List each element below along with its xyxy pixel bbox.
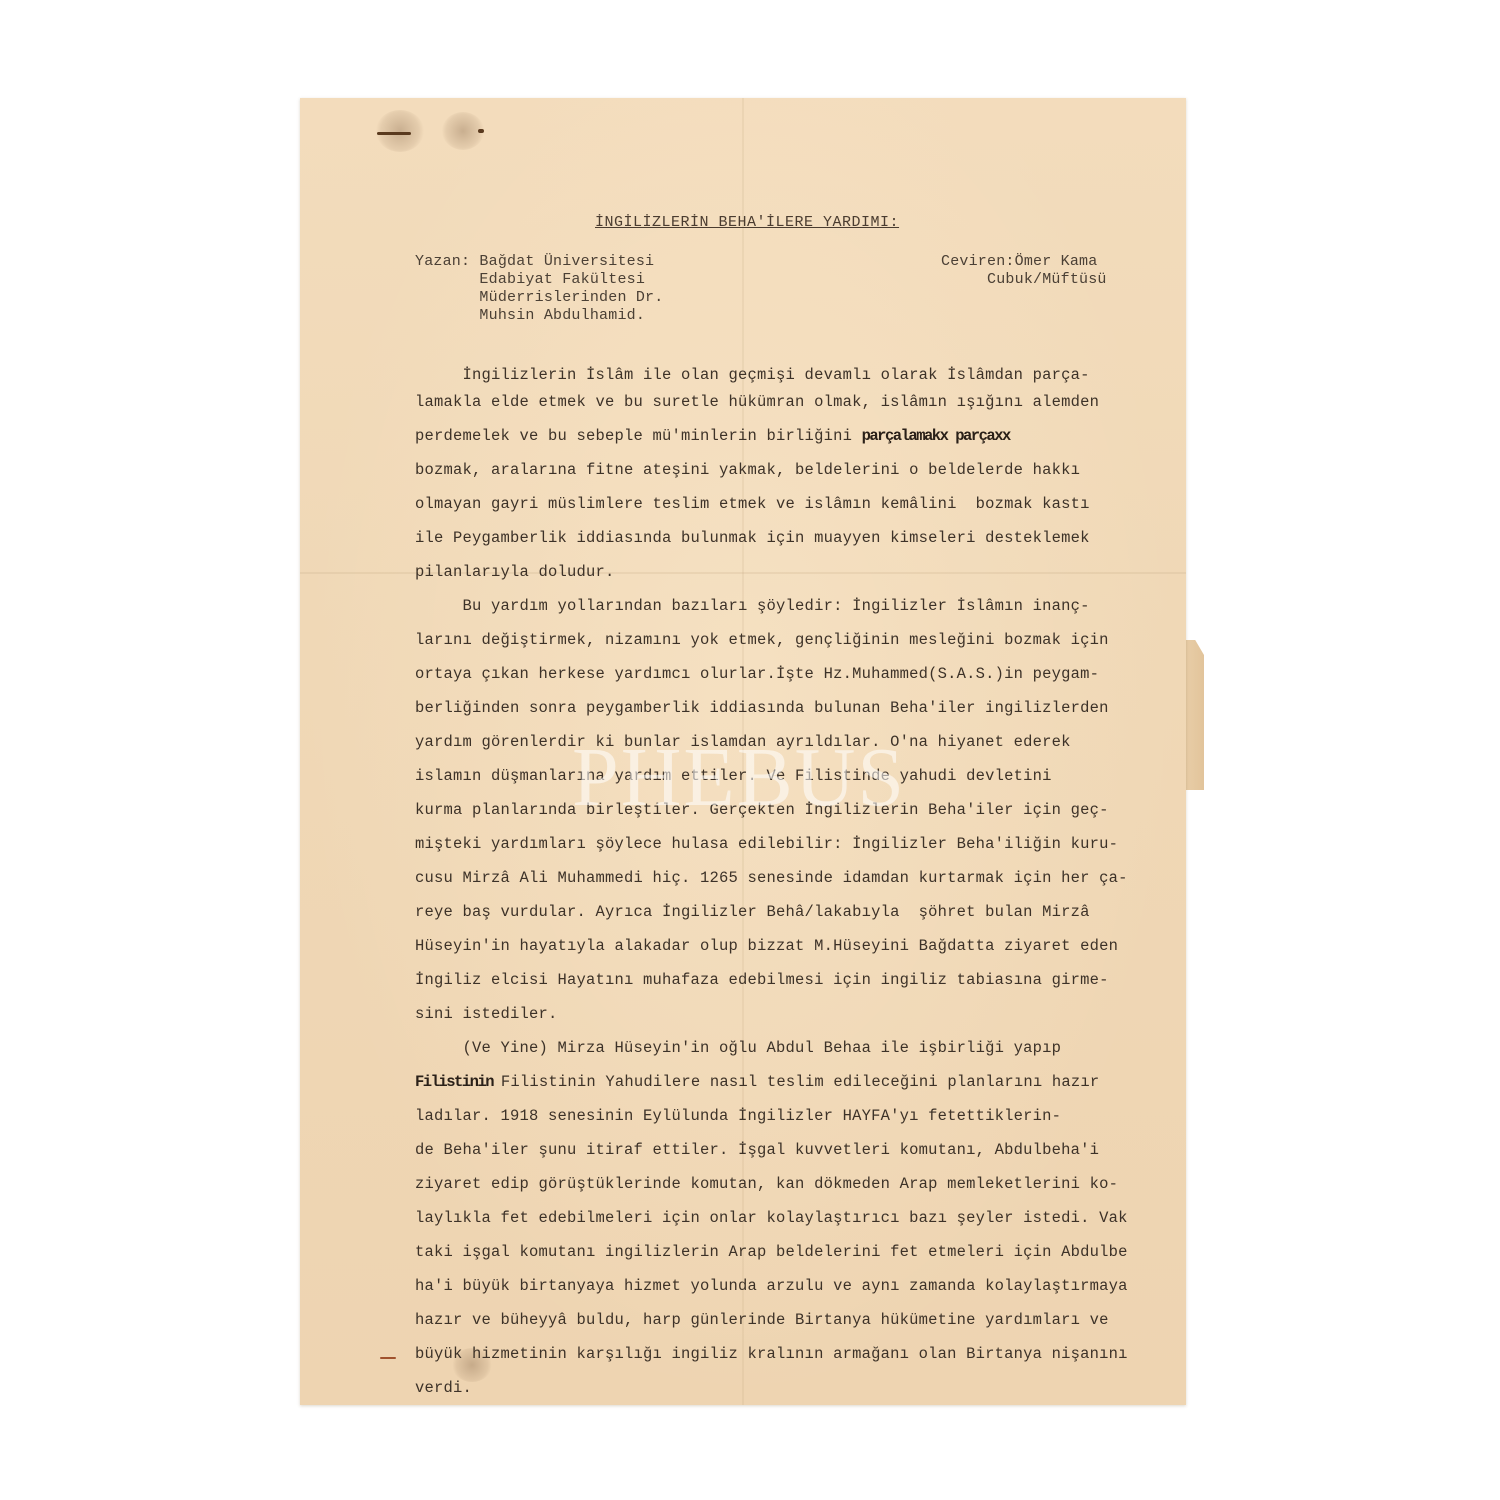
body-line: Filistinin Filistinin Yahudilere nasıl t… [415, 1065, 1128, 1099]
body-line: Bu yardım yollarından bazıları şöyledir:… [415, 589, 1128, 623]
struck-text: Filistinin [415, 1073, 501, 1091]
author-block: Yazan: Bağdat Üniversitesi Edabiyat Fakü… [415, 253, 663, 325]
translator-line: Ceviren:Ömer Kama [941, 253, 1097, 270]
body-line: perdemelek ve bu sebeple mü'minlerin bir… [415, 419, 1128, 453]
body-line: ile Peygamberlik iddiasında bulunmak içi… [415, 521, 1128, 555]
translator-line: Cubuk/Müftüsü [941, 271, 1107, 288]
body-line: Hüseyin'in hayatıyla alakadar olup bizza… [415, 929, 1128, 963]
body-line: mişteki yardımları şöylece hulasa edileb… [415, 827, 1128, 861]
rust-mark [478, 129, 484, 133]
body-line: ziyaret edip görüştüklerinde komutan, ka… [415, 1167, 1128, 1201]
body-line: ortaya çıkan herkese yardımcı olurlar.İş… [415, 657, 1128, 691]
body-line: pilanlarıyla doludur. [415, 555, 1128, 589]
author-line: Muhsin Abdulhamid. [479, 307, 645, 324]
body-line: kurma planlarında birleştiler. Gerçekten… [415, 793, 1128, 827]
rust-mark [377, 132, 411, 135]
body-line: laylıkla fet edebilmeleri için onlar kol… [415, 1201, 1128, 1235]
body-line: taki işgal komutanı ingilizlerin Arap be… [415, 1235, 1128, 1269]
document-body: İngilizlerin İslâm ile olan geçmişi deva… [415, 366, 1128, 1405]
body-line: hazır ve büheyyâ buldu, harp günlerinde … [415, 1303, 1128, 1337]
body-line: büyük hizmetinin karşılığı ingiliz kralı… [415, 1337, 1128, 1371]
body-line: larını değiştirmek, nizamını yok etmek, … [415, 623, 1128, 657]
body-line: yardım görenlerdir ki bunlar islamdan ay… [415, 725, 1128, 759]
struck-text: parçalamakx parçaxx [862, 427, 1010, 445]
author-label: Yazan: [415, 253, 470, 270]
punch-hole-left [376, 110, 424, 152]
body-line: cusu Mirzâ Ali Muhammedi hiç. 1265 senes… [415, 861, 1128, 895]
body-line: (Ve Yine) Mirza Hüseyin'in oğlu Abdul Be… [415, 1031, 1128, 1065]
body-line: de Beha'iler şunu itiraf ettiler. İşgal … [415, 1133, 1128, 1167]
body-line: ha'i büyük birtanyaya hizmet yolunda arz… [415, 1269, 1128, 1303]
translator-block: Ceviren:Ömer Kama Cubuk/Müftüsü [941, 253, 1107, 289]
body-line: bozmak, aralarına fitne ateşini yakmak, … [415, 453, 1128, 487]
body-line: olmayan gayri müslimlere teslim etmek ve… [415, 487, 1128, 521]
body-line: verdi. [415, 1371, 1128, 1405]
body-line: berliğinden sonra peygamberlik iddiasınd… [415, 691, 1128, 725]
body-line: reye baş vurdular. Ayrıca İngilizler Beh… [415, 895, 1128, 929]
body-line: ladılar. 1918 senesinin Eylülunda İngili… [415, 1099, 1128, 1133]
body-line: İngilizlerin İslâm ile olan geçmişi deva… [415, 366, 1128, 385]
author-line: Edabiyat Fakültesi [479, 271, 645, 288]
author-line: Müderrislerinden Dr. [479, 289, 663, 306]
body-line: İngiliz elcisi Hayatını muhafaza edebilm… [415, 963, 1128, 997]
author-line: Bağdat Üniversitesi [479, 253, 654, 270]
body-line: islamın düşmanlarına yardım ettiler. Ve … [415, 759, 1128, 793]
rust-mark [380, 1357, 396, 1359]
body-line: lamakla elde etmek ve bu suretle hükümra… [415, 385, 1128, 419]
document-title: İNGİLİZLERİN BEHA'İLERE YARDIMI: [595, 214, 899, 231]
body-line: sini istediler. [415, 997, 1128, 1031]
